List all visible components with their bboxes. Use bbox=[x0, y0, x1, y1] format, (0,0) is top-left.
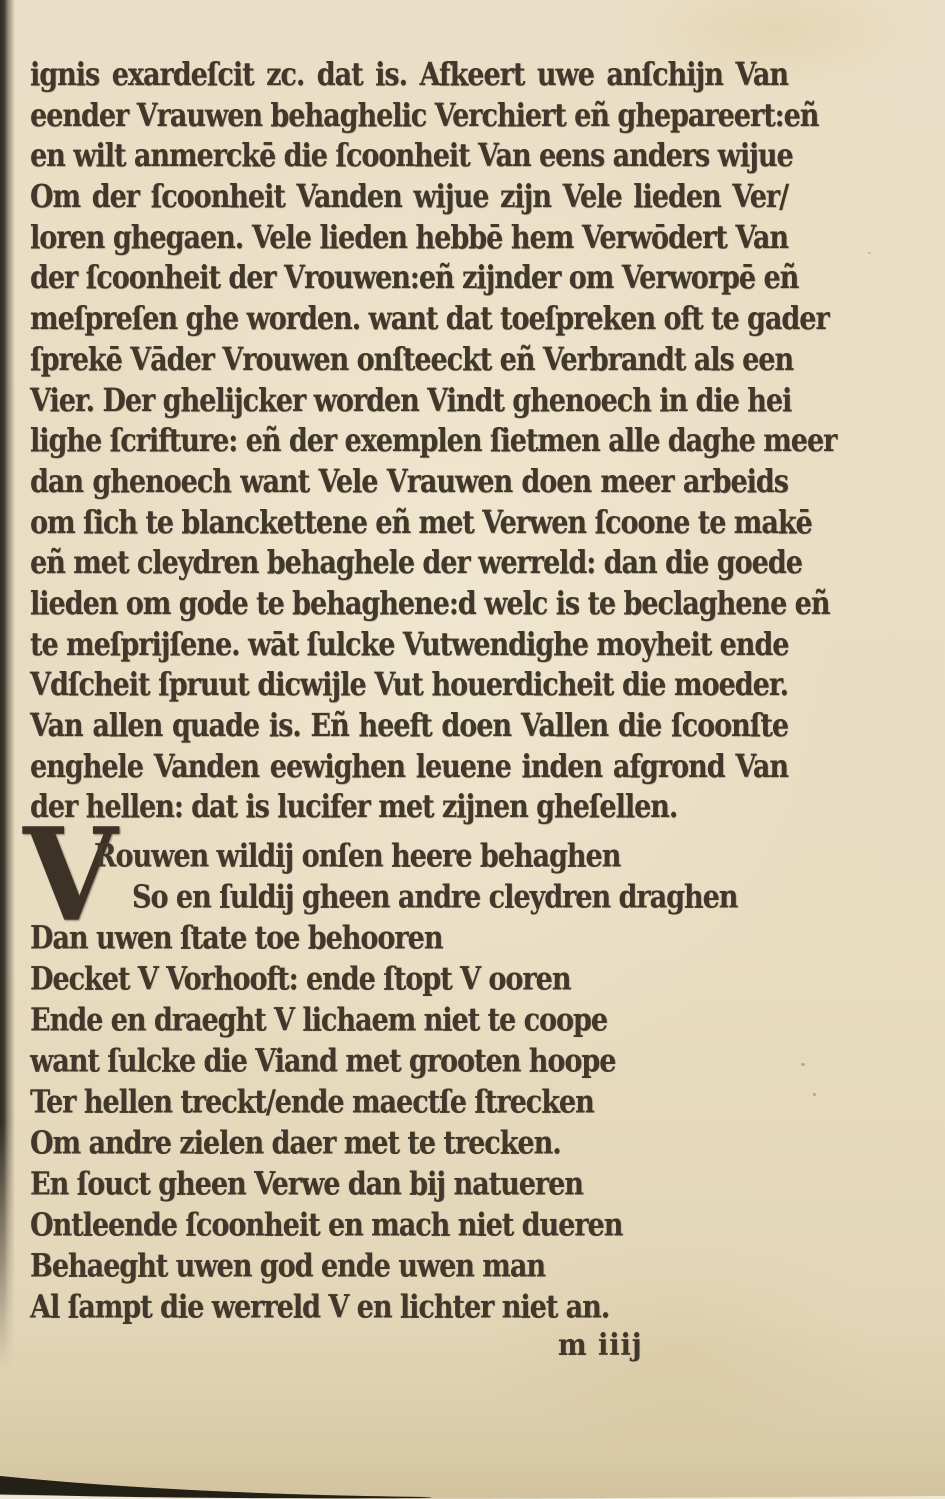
paper-speck bbox=[813, 1093, 816, 1096]
paper-speck bbox=[801, 1063, 805, 1066]
verse-block: V Rouwen wildij onſen heere behaghen So … bbox=[30, 836, 790, 1328]
text-line: der hellen: dat is lucifer met zijnen gh… bbox=[30, 785, 788, 832]
page-gutter-edge bbox=[0, 0, 15, 1370]
prose-block: ignis exardeſcit zc. dat is. Afkeert uwe… bbox=[30, 56, 788, 829]
paper-speck bbox=[868, 252, 871, 254]
text-line: ſprekē Vāder Vrouwen onſteeckt eñ Verbra… bbox=[30, 338, 788, 385]
book-page: ignis exardeſcit zc. dat is. Afkeert uwe… bbox=[0, 0, 945, 1499]
text-line: dan ghenoech want Vele Vrauwen doen meer… bbox=[30, 460, 788, 507]
page-bottom-edge bbox=[0, 1453, 945, 1499]
signature-mark: m iiij bbox=[558, 1324, 643, 1368]
verse-line: Al ſampt die werreld V en lichter niet a… bbox=[30, 1284, 790, 1332]
